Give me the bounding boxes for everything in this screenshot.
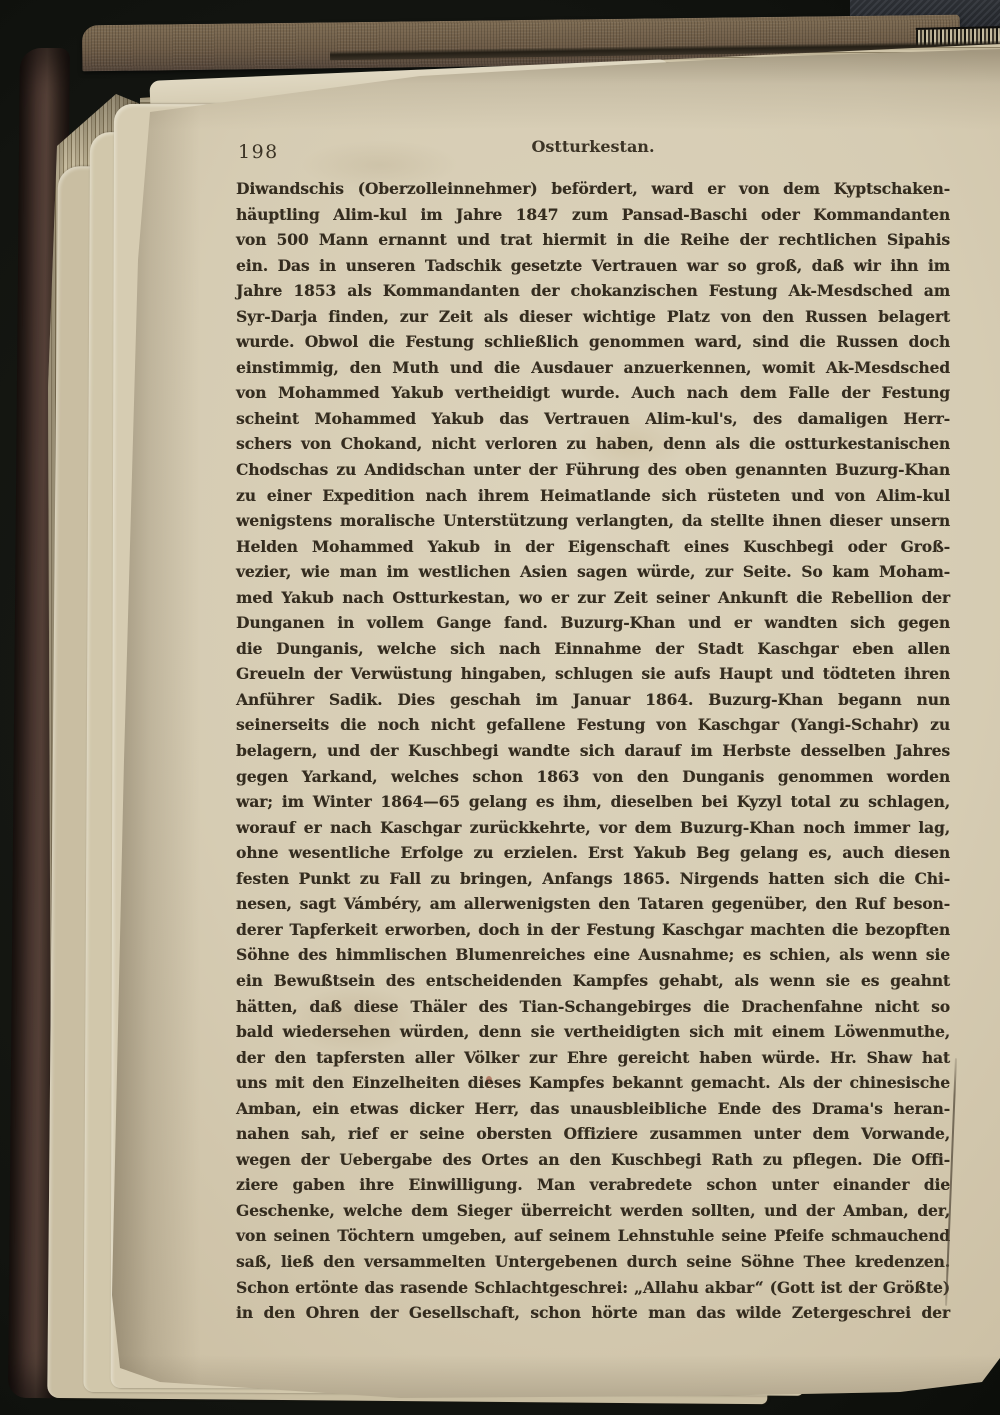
text-line: Söhne des himmlischen Blumenreiches eine… (236, 942, 950, 968)
text-line: Helden Mohammed Yakub in der Eigenschaft… (236, 534, 950, 560)
text-line: scheint Mohammed Yakub das Vertrauen Ali… (236, 406, 950, 432)
text-line: festen Punkt zu Fall zu bringen, Anfangs… (236, 866, 950, 892)
text-line: hätten, daß diese Thäler des Tian-Schang… (236, 994, 950, 1020)
page-text-block: Diwandschis (Oberzolleinnehmer) beförder… (236, 176, 950, 1326)
text-line: einstimmig, den Muth und die Ausdauer an… (236, 355, 950, 381)
text-line: von Mohammed Yakub vertheidigt wurde. Au… (236, 380, 950, 406)
text-line: ohne wesentliche Erfolge zu erzielen. Er… (236, 840, 950, 866)
text-line: Syr-Darja finden, zur Zeit als dieser wi… (236, 304, 950, 330)
text-line: Greueln der Verwüstung hingaben, schluge… (236, 661, 950, 687)
text-line: Geschenke, welche dem Sieger überreicht … (236, 1198, 950, 1224)
text-line: seinerseits die noch nicht gefallene Fes… (236, 712, 950, 738)
text-line: Chodschas zu Andidschan unter der Führun… (236, 457, 950, 483)
text-line: worauf er nach Kaschgar zurückkehrte, vo… (236, 815, 950, 841)
book-page: 198 Ostturkestan. Diwandschis (Oberzolle… (0, 0, 1000, 1415)
text-line: ein Bewußtsein des entscheidenden Kampfe… (236, 968, 950, 994)
text-line: von 500 Mann ernannt und trat hiermit in… (236, 227, 950, 253)
text-line: war; im Winter 1864—65 gelang es ihm, di… (236, 789, 950, 815)
text-line: Dunganen in vollem Gange fand. Buzurg-Kh… (236, 610, 950, 636)
text-line: Amban, ein etwas dicker Herr, das unausb… (236, 1096, 950, 1122)
text-line: vezier, wie man im westlichen Asien sage… (236, 559, 950, 585)
text-line: Jahre 1853 als Kommandanten der chokanzi… (236, 278, 950, 304)
text-line: nahen sah, rief er seine obersten Offizi… (236, 1121, 950, 1147)
text-line: ein. Das in unseren Tadschik gesetzte Ve… (236, 253, 950, 279)
text-line: in den Ohren der Gesellschaft, schon hör… (236, 1300, 950, 1326)
text-line: med Yakub nach Ostturkestan, wo er zur Z… (236, 585, 950, 611)
text-line: der den tapfersten aller Völker zur Ehre… (236, 1045, 950, 1071)
text-line: Schon ertönte das rasende Schlachtgeschr… (236, 1275, 950, 1301)
text-line: derer Tapferkeit erworben, doch in der F… (236, 917, 950, 943)
text-line: saß, ließ den versammelten Untergebenen … (236, 1249, 950, 1275)
text-line: gegen Yarkand, welches schon 1863 von de… (236, 764, 950, 790)
text-line: belagern, und der Kuschbegi wandte sich … (236, 738, 950, 764)
text-line: wegen der Uebergabe des Ortes an den Kus… (236, 1147, 950, 1173)
text-line: nesen, sagt Vámbéry, am allerwenigsten d… (236, 891, 950, 917)
text-line: von seinen Töchtern umgeben, auf seinem … (236, 1223, 950, 1249)
text-line: die Dunganis, welche sich nach Einnahme … (236, 636, 950, 662)
text-line: ziere gaben ihre Einwilligung. Man verab… (236, 1172, 950, 1198)
book-scan-photo: 198 Ostturkestan. Diwandschis (Oberzolle… (0, 0, 1000, 1415)
text-line: bald wiedersehen würden, denn sie verthe… (236, 1019, 950, 1045)
text-line: schers von Chokand, nicht verloren zu ha… (236, 431, 950, 457)
running-title: Ostturkestan. (236, 137, 950, 156)
text-line: zu einer Expedition nach ihrem Heimatlan… (236, 483, 950, 509)
text-line: wenigstens moralische Unterstützung verl… (236, 508, 950, 534)
text-line: Diwandschis (Oberzolleinnehmer) beförder… (236, 176, 950, 202)
text-line: wurde. Obwol die Festung schließlich gen… (236, 329, 950, 355)
text-line: uns mit den Einzelheiten dieses Kampfes … (236, 1070, 950, 1096)
text-line: Anführer Sadik. Dies geschah im Januar 1… (236, 687, 950, 713)
text-line: häuptling Alim-kul im Jahre 1847 zum Pan… (236, 202, 950, 228)
